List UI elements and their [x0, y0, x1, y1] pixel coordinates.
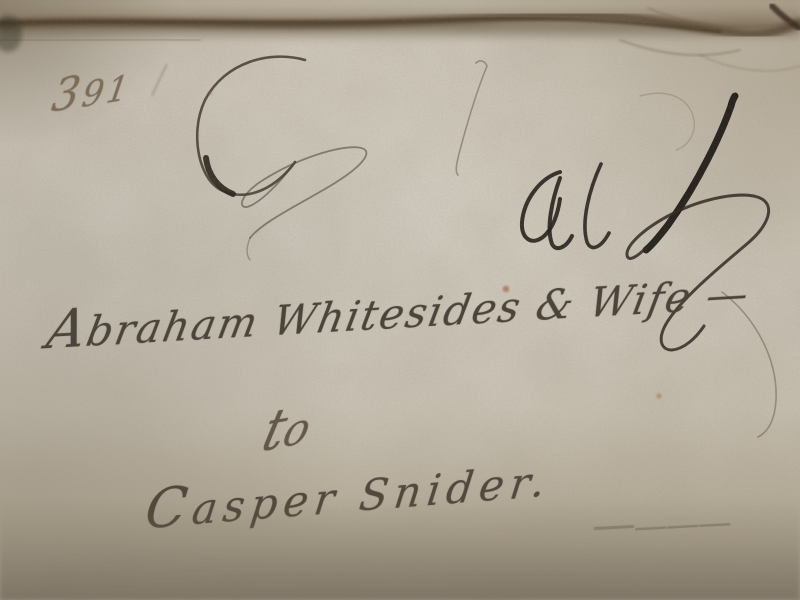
bottom-edge-shadow [0, 500, 800, 600]
parchment-photo: 391 Abraham Whitesides & Wife — to Caspe… [0, 0, 800, 600]
